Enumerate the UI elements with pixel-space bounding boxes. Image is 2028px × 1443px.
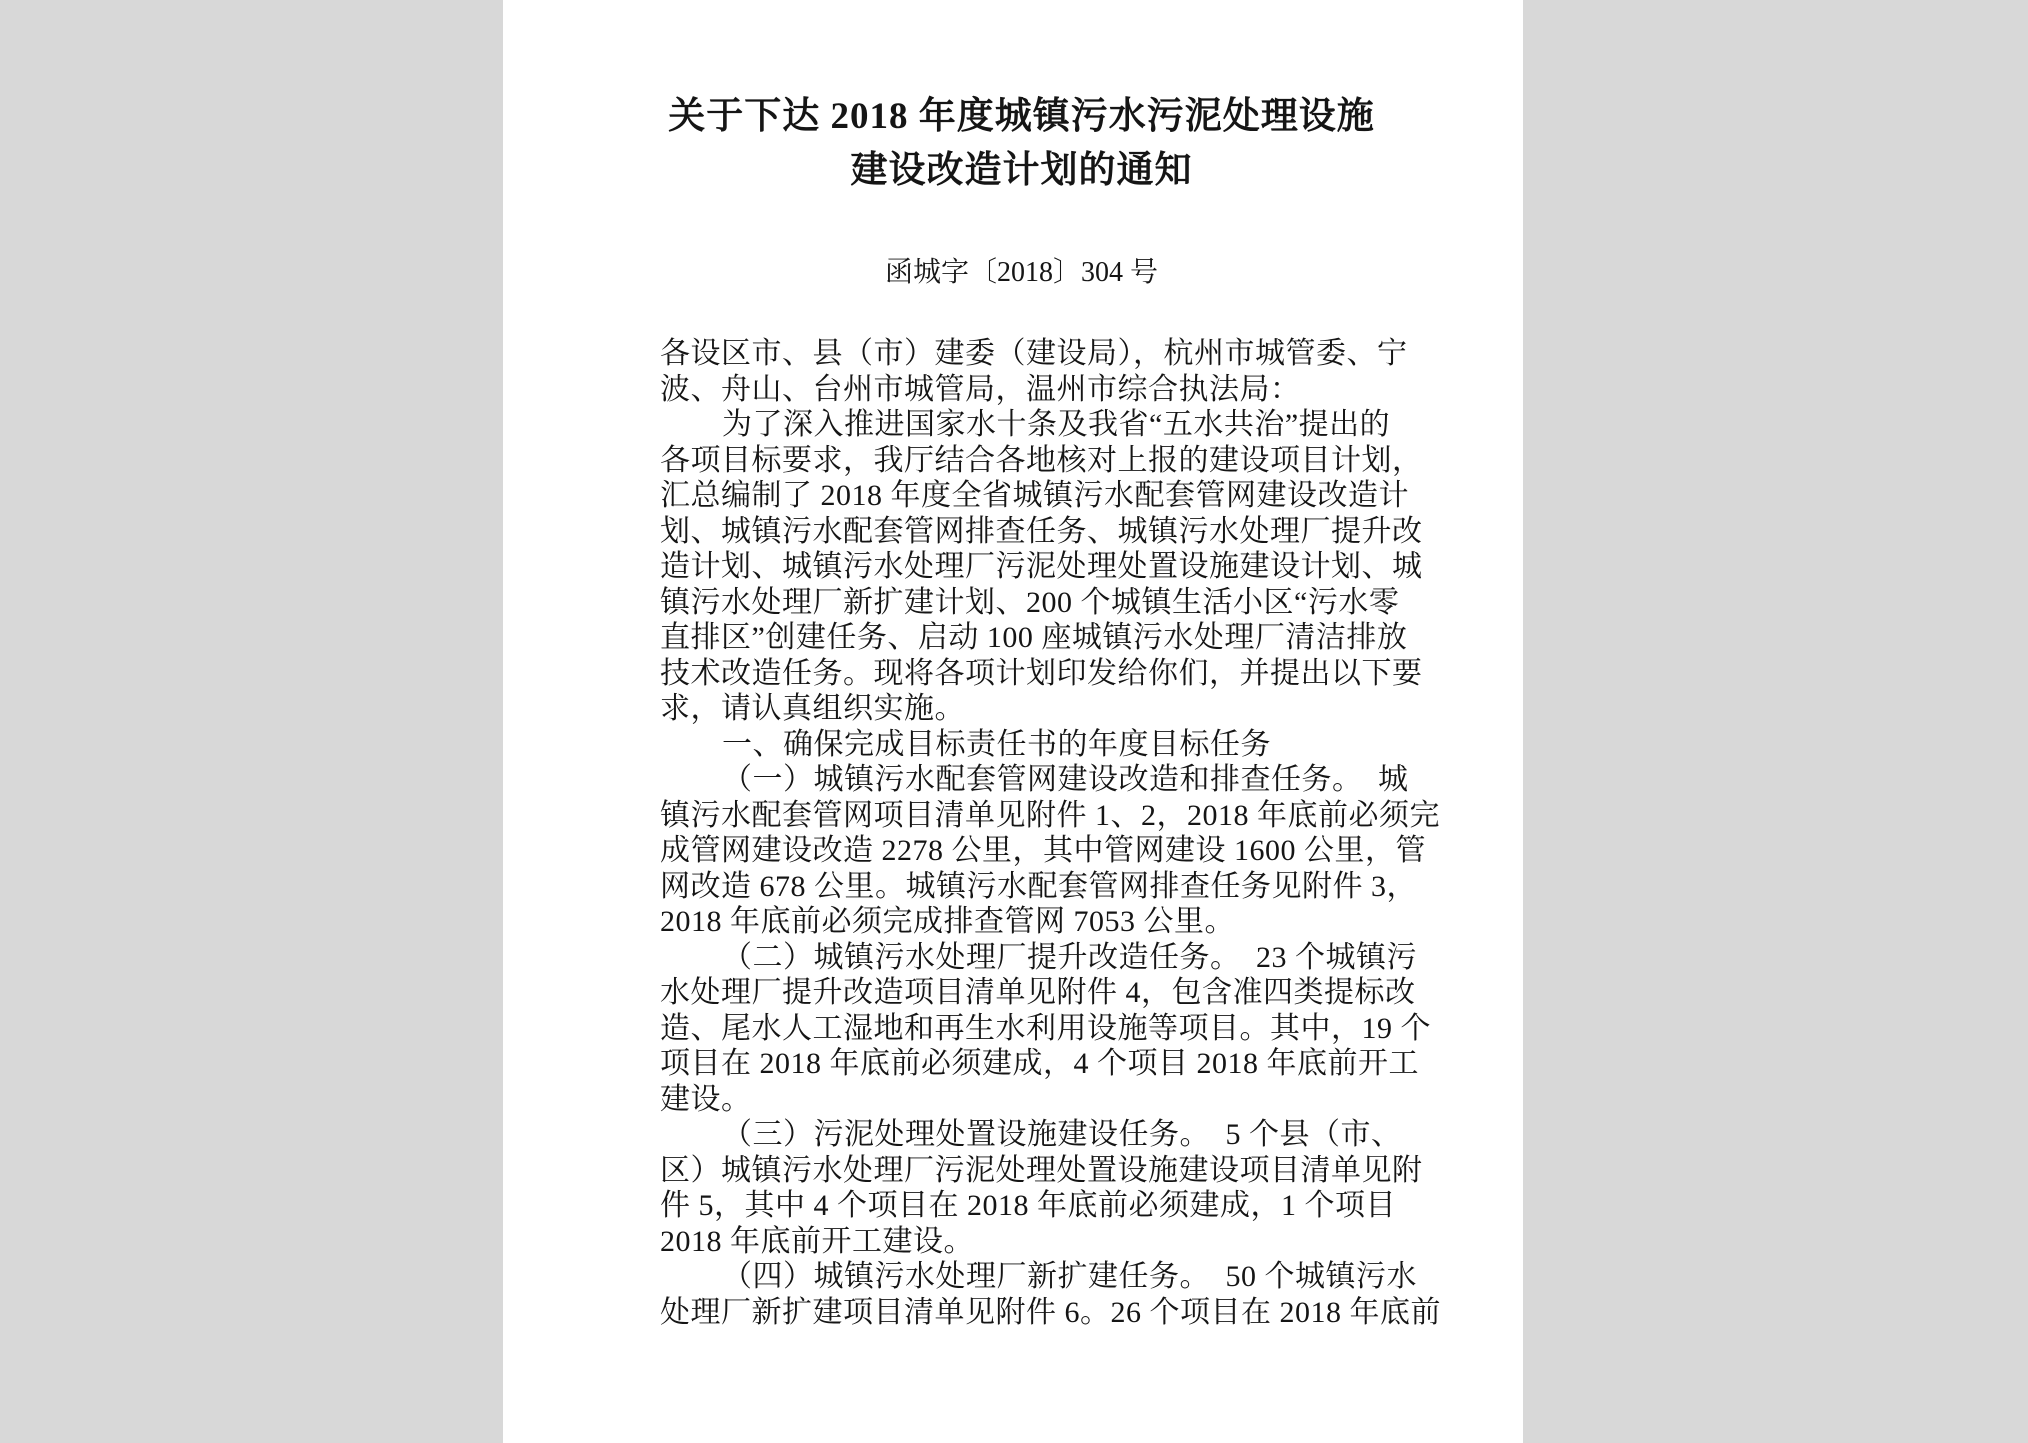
body-line: 汇总编制了 2018 年度全省城镇污水配套管网建设改造计 [660,478,1390,514]
document-title: 关于下达 2018 年度城镇污水污泥处理设施 建设改造计划的通知 [660,90,1383,198]
body-line: （二）城镇污水处理厂提升改造任务。 23 个城镇污 [660,940,1390,976]
body-line: （四）城镇污水处理厂新扩建任务。 50 个城镇污水 [660,1259,1390,1295]
body-line: （一）城镇污水配套管网建设改造和排查任务。 城 [660,762,1390,798]
body-line: 波、舟山、台州市城管局，温州市综合执法局： [660,372,1390,408]
doc-number: 函城字〔2018〕304 号 [660,256,1383,290]
body-line: 2018 年底前开工建设。 [660,1224,1390,1260]
body-line: 区）城镇污水处理厂污泥处理处置设施建设项目清单见附 [660,1153,1390,1189]
document-page: 关于下达 2018 年度城镇污水污泥处理设施 建设改造计划的通知 函城字〔201… [503,0,1523,1443]
body-line: 造计划、城镇污水处理厂污泥处理处置设施建设计划、城 [660,549,1390,585]
body-line: 各设区市、县（市）建委（建设局），杭州市城管委、宁 [660,336,1390,372]
body-line: 镇污水配套管网项目清单见附件 1、2，2018 年底前必须完 [660,798,1390,834]
document-body: 各设区市、县（市）建委（建设局），杭州市城管委、宁波、舟山、台州市城管局，温州市… [660,336,1390,1330]
body-line: 求，请认真组织实施。 [660,691,1390,727]
document-content: 关于下达 2018 年度城镇污水污泥处理设施 建设改造计划的通知 函城字〔201… [503,0,1523,1330]
body-line: 一、确保完成目标责任书的年度目标任务 [660,727,1390,763]
body-line: 划、城镇污水配套管网排查任务、城镇污水处理厂提升改 [660,514,1390,550]
body-line: 处理厂新扩建项目清单见附件 6。26 个项目在 2018 年底前 [660,1295,1390,1331]
body-line: 造、尾水人工湿地和再生水利用设施等项目。其中，19 个 [660,1011,1390,1047]
body-line: 镇污水处理厂新扩建计划、200 个城镇生活小区“污水零 [660,585,1390,621]
body-line: 件 5，其中 4 个项目在 2018 年底前必须建成，1 个项目 [660,1188,1390,1224]
body-line: 为了深入推进国家水十条及我省“五水共治”提出的 [660,407,1390,443]
body-line: 技术改造任务。现将各项计划印发给你们，并提出以下要 [660,656,1390,692]
body-line: （三）污泥处理处置设施建设任务。 5 个县（市、 [660,1117,1390,1153]
title-line-1: 关于下达 2018 年度城镇污水污泥处理设施 [660,90,1383,144]
body-line: 各项目标要求，我厅结合各地核对上报的建设项目计划， [660,443,1390,479]
body-line: 项目在 2018 年底前必须建成，4 个项目 2018 年底前开工 [660,1046,1390,1082]
body-line: 成管网建设改造 2278 公里，其中管网建设 1600 公里，管 [660,833,1390,869]
body-line: 水处理厂提升改造项目清单见附件 4，包含准四类提标改 [660,975,1390,1011]
body-line: 2018 年底前必须完成排查管网 7053 公里。 [660,904,1390,940]
body-line: 网改造 678 公里。城镇污水配套管网排查任务见附件 3， [660,869,1390,905]
page-background: 关于下达 2018 年度城镇污水污泥处理设施 建设改造计划的通知 函城字〔201… [0,0,2028,1443]
body-line: 建设。 [660,1082,1390,1118]
title-line-2: 建设改造计划的通知 [660,144,1383,198]
body-line: 直排区”创建任务、启动 100 座城镇污水处理厂清洁排放 [660,620,1390,656]
